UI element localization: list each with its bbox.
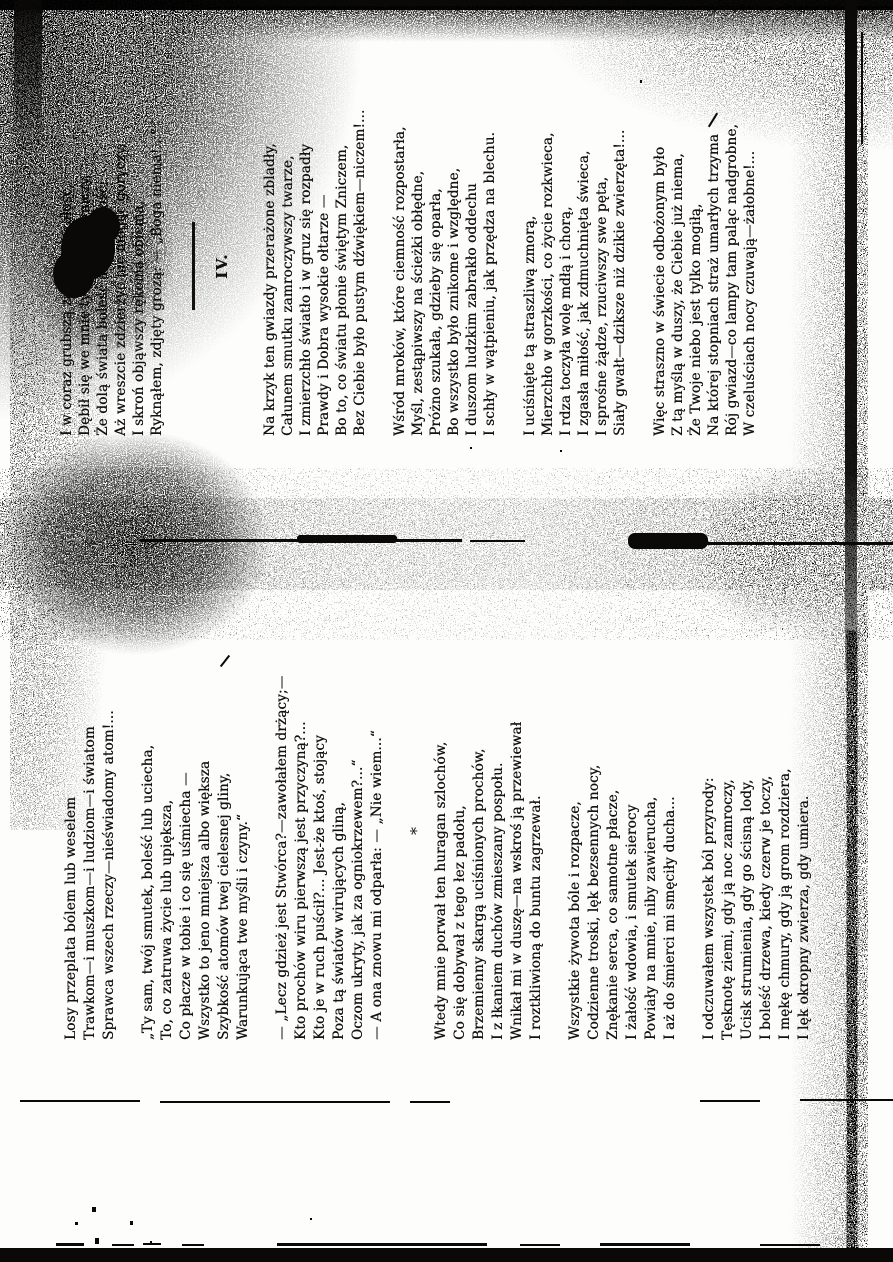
poem-line: Z tą myślą w duszy, że Ciebie już niema, <box>669 96 687 436</box>
poem-line: Wnikał mi w duszę—na wskroś ją przewiewa… <box>508 622 527 1040</box>
poem-line: Na krzyk ten gwiazdy przerażone zbladły, <box>261 96 279 436</box>
stanza: — „Lecz gdzież jest Stwórca?—zawołałem d… <box>273 622 387 1040</box>
asterisk-separator: * <box>407 622 426 1040</box>
poem-line: Oczom ukryty, jak za ogniokrzewem?...“ <box>349 622 368 1040</box>
poem-line: I aż do śmierci mi smęciły ducha... <box>661 622 680 1040</box>
poem-line: Losy przeplata bólem lub weselem <box>62 622 81 1040</box>
poem-line: Wszystkie żywota bóle i rozpacze, <box>566 622 585 1040</box>
poem-line: Kto prochów wiru pierwszą jest przyczyną… <box>292 622 311 1040</box>
poem-line: I odczuwałem wszystek ból przyrody: <box>700 622 719 1040</box>
poem-line: Warunkująca twe myśli i czyny.“ <box>234 622 253 1040</box>
poem-line: Poza tą światów wirujących gliną, <box>330 622 349 1040</box>
poem-line: Wtedy mnie porwał ten huragan szlochów, <box>432 622 451 1040</box>
poem-line: Próżno szukała, gdzieby się oparła, <box>427 96 445 436</box>
right-page-text-block: I w coraz grubszą zapadając żałość,Dębił… <box>58 96 782 436</box>
left-page-text-block: Losy przeplata bólem lub weselemTrawkom—… <box>62 622 790 1040</box>
stanza: „Ty sam, twój smutek, boleść lub uciecha… <box>139 622 253 1040</box>
poem-line: Co się dobywał z tego łez padołu, <box>451 622 470 1040</box>
stanza: I odczuwałem wszystek ból przyrody:Tęskn… <box>700 622 814 1040</box>
page-crease-line <box>20 1099 893 1103</box>
poem-line: I roztkliwioną do buntu zagrzewał. <box>527 622 546 1040</box>
poem-line: I duszom ludzkim zabrakło oddechu <box>463 96 481 436</box>
poem-line: Szybkość atomów twej cielesnej gliny, <box>215 622 234 1040</box>
poem-line: Mierzchło w gorzkości, co życie rozkwiec… <box>539 96 557 436</box>
poem-line: Aż wreszcie zdzierżyć nie mogąc goryczy, <box>112 96 130 436</box>
poem-line: Wszystko to jeno mniejsza albo większa <box>196 622 215 1040</box>
poem-line: I sprośne żądze, rzuciwszy swe pęta, <box>593 96 611 436</box>
poem-line: „Ty sam, twój smutek, boleść lub uciecha… <box>139 622 158 1040</box>
top-edge-bar <box>0 0 893 10</box>
poem-line: I skroń objąwszy rękoma obiema, <box>130 96 148 436</box>
poem-line: Że dolą świata boleść a nietrwałość; <box>94 96 112 436</box>
stanza-continuation: I w coraz grubszą zapadając żałość,Dębił… <box>58 96 166 436</box>
poem-line: I mękę chmury, gdy ją grom rozdziera, <box>776 622 795 1040</box>
left-page: Losy przeplata bólem lub weselemTrawkom—… <box>62 622 790 1040</box>
poem-line: Dębił się we mnie tytan buntowniczy, <box>76 96 94 436</box>
poem-line: I boleść drzewa, kiedy czerw je toczy, <box>757 622 776 1040</box>
right-edge-line <box>845 0 857 670</box>
bottom-edge-bar <box>0 1243 893 1262</box>
poem-line: Ryknąłem, zdjęty grozą: — „Boga niema!..… <box>148 96 166 436</box>
poem-line: I rdza toczyła wolę mdłą i chorą, <box>557 96 575 436</box>
poem-line: W czeluściach nocy czuwają—żałobne!... <box>741 96 759 436</box>
poem-line: Więc straszno w świecie odbożonym było <box>651 96 669 436</box>
stanza: I uciśnięte tą straszliwą zmorą,Mierzchł… <box>521 96 629 436</box>
poem-line: I zmierzchło światło i w gruz się rozpad… <box>297 96 315 436</box>
poem-line: I schły w wątpieniu, jak przędza na blec… <box>481 96 499 436</box>
poem-line: Na której stopniach straż umarłych trzym… <box>705 96 723 436</box>
poem-line: I zgasła miłość, jak zdmuchnięta świeca, <box>575 96 593 436</box>
poem-line: To, co zatruwa życie lub upiększa, <box>158 622 177 1040</box>
poem-line: Siały gwałt—dziksze niż dzikie zwierzęta… <box>611 96 629 436</box>
poem-line: I uciśnięte tą straszliwą zmorą, <box>521 96 539 436</box>
poem-line: Co płacze w tobie i co się uśmiecha — <box>177 622 196 1040</box>
poem-line: I z łkaniem duchów zmieszany pospołu. <box>489 622 508 1040</box>
poem-line: — „Lecz gdzież jest Stwórca?—zawołałem d… <box>273 622 292 1040</box>
poem-line: I lęk okropny zwierza, gdy umiera. <box>795 622 814 1040</box>
poem-line: Powiały na mnie, niby zawierucha, <box>642 622 661 1040</box>
poem-line: Ucisk strumienia, gdy go ścisną lody, <box>738 622 757 1040</box>
poem-line: Wśród mroków, które ciemność rozpostarła… <box>391 96 409 436</box>
poem-line: Że Twoje niebo jest tylko mogiłą, <box>687 96 705 436</box>
poem-line: Trawkom—i muszkom—i ludziom—i światom <box>81 622 100 1040</box>
poem-line: I w coraz grubszą zapadając żałość, <box>58 96 76 436</box>
poem-line: Prawdy i Dobra wysokie ołtarze — <box>315 96 333 436</box>
poem-line: Bo to, co światu płonie świętym Zniczem, <box>333 96 351 436</box>
poem-line: Kto je w ruch puścił?... Jest-że ktoś, s… <box>311 622 330 1040</box>
poem-line: Tęsknotę ziemi, gdy ją noc zamroczy, <box>719 622 738 1040</box>
poem-line: Całunem smutku zamroczywszy twarze, <box>279 96 297 436</box>
section-heading: IV. <box>213 96 231 436</box>
right-page: I w coraz grubszą zapadając żałość,Dębił… <box>58 96 782 436</box>
poem-line: Sprawca wszech rzeczy—nieświadomy atom!.… <box>100 622 119 1040</box>
stanza: Wszystkie żywota bóle i rozpacze,Codzien… <box>566 622 680 1040</box>
stanza: Wtedy mnie porwał ten huragan szlochów,C… <box>432 622 546 1040</box>
stanza: Więc straszno w świecie odbożonym byłoZ … <box>651 96 759 436</box>
scanned-book-spread: I w coraz grubszą zapadając żałość,Dębił… <box>0 0 893 1262</box>
poem-line: Brzemienny skargą uciśnionych prochów, <box>470 622 489 1040</box>
poem-line: Znękanie serca, co samotne płacze, <box>604 622 623 1040</box>
stanza: Wśród mroków, które ciemność rozpostarła… <box>391 96 499 436</box>
poem-line: Myśl, zestąpiwszy na ścieżki obłędne, <box>409 96 427 436</box>
poem-line: Bez Ciebie było pustym dźwiękiem—niczem!… <box>351 96 369 436</box>
poem-line: Codzienne troski, lęk bezsennych nocy, <box>585 622 604 1040</box>
poem-line: — A ona znowu mi odparła: — „Nie wiem...… <box>368 622 387 1040</box>
stanza: Na krzyk ten gwiazdy przerażone zbladły,… <box>261 96 369 436</box>
section-divider-rule <box>192 222 195 310</box>
poem-line: I żałość wdowia, i smutek sierocy <box>623 622 642 1040</box>
poem-line: Rój gwiazd—co lampy tam paląc nadgrobne, <box>723 96 741 436</box>
poem-line: Bo wszystko było znikome i względne, <box>445 96 463 436</box>
stanza-continuation: Losy przeplata bólem lub weselemTrawkom—… <box>62 622 119 1040</box>
